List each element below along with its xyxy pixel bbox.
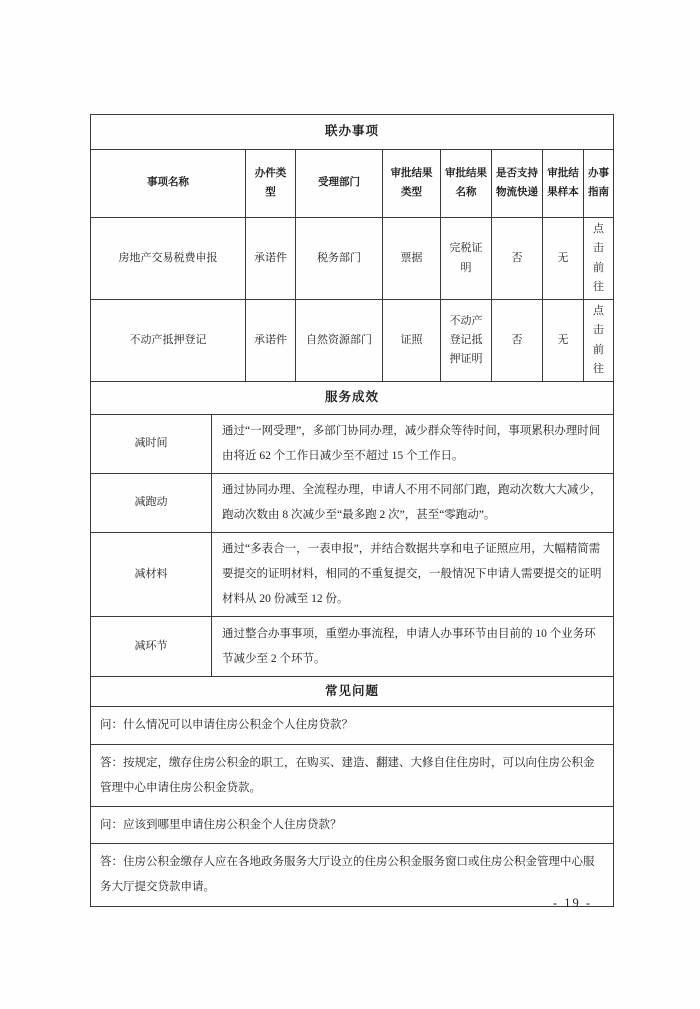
service-results-table: 服务成效 减时间 通过“一网受理”，多部门协同办理，减少群众等待时间，事项累积办… (90, 381, 614, 677)
col-header-item-type: 办件类型 (246, 150, 296, 218)
col-header-accepting-dept: 受理部门 (296, 150, 383, 218)
cell-item-type: 承诺件 (246, 218, 296, 300)
service-label: 减时间 (91, 415, 212, 474)
cell-item-name: 不动产抵押登记 (91, 300, 246, 382)
service-label: 减材料 (91, 533, 212, 617)
service-row: 减时间 通过“一网受理”，多部门协同办理，减少群众等待时间，事项累积办理时间由将… (91, 415, 614, 474)
cell-item-type: 承诺件 (246, 300, 296, 382)
cell-logistics: 否 (492, 218, 543, 300)
cell-result-name: 完税证明 (441, 218, 492, 300)
cell-result-name: 不动产登记抵押证明 (441, 300, 492, 382)
document-page: 联办事项 事项名称 办件类型 受理部门 审批结果类型 审批结果名称 是否支持物流… (0, 0, 700, 1009)
service-text: 通过“一网受理”，多部门协同办理，减少群众等待时间，事项累积办理时间由将近 62… (212, 415, 614, 474)
faq-table: 常见问题 问：什么情况可以申请住房公积金个人住房贷款？ 答：按规定，缴存住房公积… (90, 676, 614, 907)
service-label: 减环节 (91, 617, 212, 677)
col-header-item-name: 事项名称 (91, 150, 246, 218)
faq-question-text: 问：什么情况可以申请住房公积金个人住房贷款？ (91, 707, 614, 745)
page-number: - 19 - (553, 896, 592, 911)
joint-table-title-row: 联办事项 (91, 115, 614, 150)
joint-table-header-row: 事项名称 办件类型 受理部门 审批结果类型 审批结果名称 是否支持物流快递 审批… (91, 150, 614, 218)
faq-question-text: 问：应该到哪里申请住房公积金个人住房贷款？ (91, 807, 614, 844)
cell-result-sample: 无 (543, 300, 584, 382)
service-label: 减跑动 (91, 474, 212, 533)
service-results-title: 服务成效 (91, 382, 614, 415)
cell-result-sample: 无 (543, 218, 584, 300)
faq-question: 问：什么情况可以申请住房公积金个人住房贷款？ (91, 707, 614, 745)
service-text: 通过整合办事事项，重塑办事流程，申请人办事环节由目前的 10 个业务环节减少至 … (212, 617, 614, 677)
cell-item-name: 房地产交易税费申报 (91, 218, 246, 300)
cell-guide-link: 点击前往 (584, 300, 614, 382)
col-header-result-type: 审批结果类型 (383, 150, 441, 218)
col-header-logistics: 是否支持物流快递 (492, 150, 543, 218)
service-row: 减环节 通过整合办事事项，重塑办事流程，申请人办事环节由目前的 10 个业务环节… (91, 617, 614, 677)
col-header-guide: 办事指南 (584, 150, 614, 218)
cell-guide-link: 点击前往 (584, 218, 614, 300)
faq-answer-text: 答：住房公积金缴存人应在各地政务服务大厅设立的住房公积金服务窗口或住房公积金管理… (91, 844, 614, 907)
service-text: 通过“多表合一，一表申报”，并结合数据共享和电子证照应用，大幅精简需要提交的证明… (212, 533, 614, 617)
faq-question: 问：应该到哪里申请住房公积金个人住房贷款？ (91, 807, 614, 844)
cell-logistics: 否 (492, 300, 543, 382)
joint-items-table: 联办事项 事项名称 办件类型 受理部门 审批结果类型 审批结果名称 是否支持物流… (90, 114, 614, 382)
service-text: 通过协同办理、全流程办理，申请人不用不同部门跑，跑动次数大大减少，跑动次数由 8… (212, 474, 614, 533)
service-title-row: 服务成效 (91, 382, 614, 415)
cell-accepting-dept: 自然资源部门 (296, 300, 383, 382)
faq-answer: 答：按规定，缴存住房公积金的职工，在购买、建造、翻建、大修自住住房时，可以向住房… (91, 745, 614, 807)
joint-table-title: 联办事项 (91, 115, 614, 150)
document-tables: 联办事项 事项名称 办件类型 受理部门 审批结果类型 审批结果名称 是否支持物流… (90, 114, 613, 907)
service-row: 减跑动 通过协同办理、全流程办理，申请人不用不同部门跑，跑动次数大大减少，跑动次… (91, 474, 614, 533)
service-row: 减材料 通过“多表合一，一表申报”，并结合数据共享和电子证照应用，大幅精简需要提… (91, 533, 614, 617)
faq-answer-text: 答：按规定，缴存住房公积金的职工，在购买、建造、翻建、大修自住住房时，可以向住房… (91, 745, 614, 807)
cell-result-type: 票据 (383, 218, 441, 300)
faq-title-row: 常见问题 (91, 677, 614, 707)
cell-result-type: 证照 (383, 300, 441, 382)
table-row: 不动产抵押登记 承诺件 自然资源部门 证照 不动产登记抵押证明 否 无 点击前往 (91, 300, 614, 382)
faq-answer: 答：住房公积金缴存人应在各地政务服务大厅设立的住房公积金服务窗口或住房公积金管理… (91, 844, 614, 907)
col-header-result-name: 审批结果名称 (441, 150, 492, 218)
faq-title: 常见问题 (91, 677, 614, 707)
cell-accepting-dept: 税务部门 (296, 218, 383, 300)
col-header-result-sample: 审批结果样本 (543, 150, 584, 218)
table-row: 房地产交易税费申报 承诺件 税务部门 票据 完税证明 否 无 点击前往 (91, 218, 614, 300)
